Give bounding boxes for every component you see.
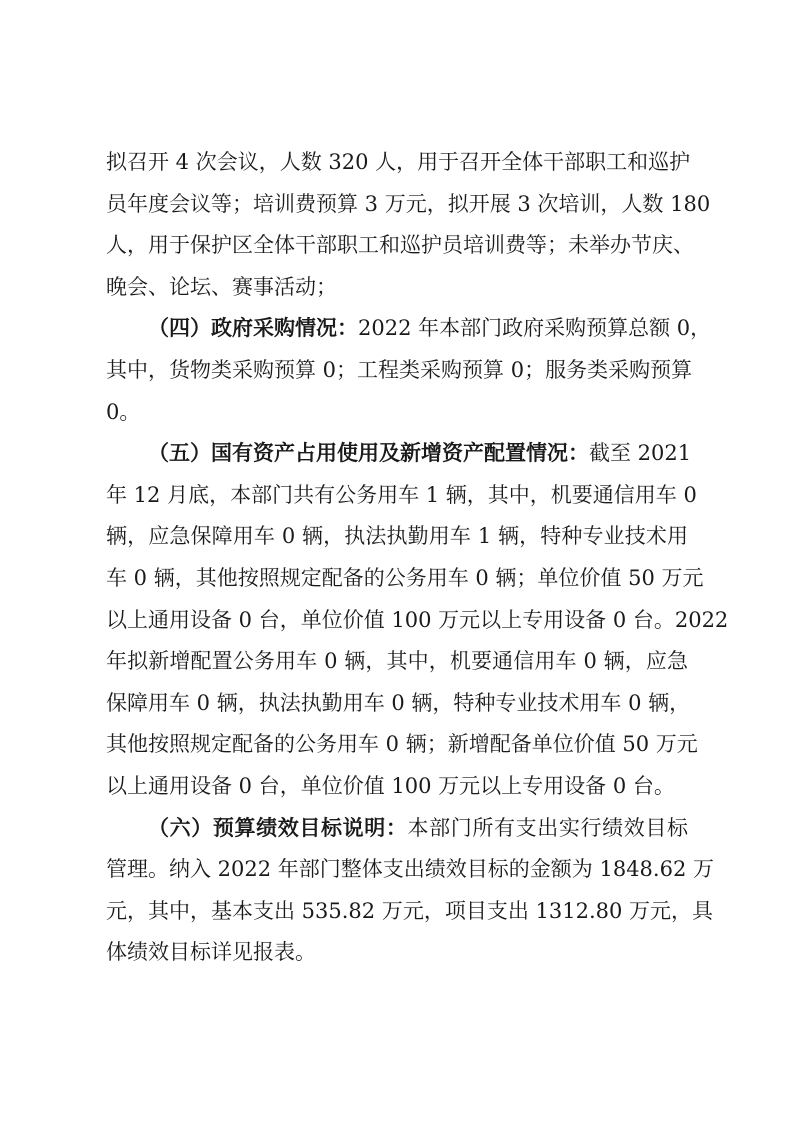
text-line: 车 0 辆，其他按照规定配备的公务用车 0 辆；单位价值 50 万元 (106, 558, 688, 600)
text-line: 元，其中，基本支出 535.82 万元，项目支出 1312.80 万元，具 (106, 891, 688, 933)
text-line: 年拟新增配置公务用车 0 辆，其中，机要通信用车 0 辆，应急 (106, 641, 688, 683)
text-line: （五）国有资产占用使用及新增资产配置情况：截至 2021 (148, 433, 688, 475)
text-line: 体绩效目标详见报表。 (106, 932, 316, 974)
text-line: 以上通用设备 0 台，单位价值 100 万元以上专用设备 0 台。2022 (106, 600, 688, 642)
text-line: 0。 (106, 392, 140, 434)
paragraph-gov-procurement: （四）政府采购情况：2022 年本部门政府采购预算总额 0， 其中，货物类采购预… (106, 308, 688, 433)
text-line: 其中，货物类采购预算 0；工程类采购预算 0；服务类采购预算 (106, 350, 688, 392)
text-line: 员年度会议等；培训费预算 3 万元，拟开展 3 次培训，人数 180 (106, 184, 688, 226)
heading-rest: 截至 2021 (589, 441, 691, 465)
heading-rest: 本部门所有支出实行绩效目标 (408, 816, 689, 840)
text-line: 拟召开 4 次会议，人数 320 人，用于召开全体干部职工和巡护 (106, 142, 688, 184)
text-line: 人，用于保护区全体干部职工和巡护员培训费等；未举办节庆、 (106, 225, 688, 267)
paragraph-performance-goals: （六）预算绩效目标说明：本部门所有支出实行绩效目标 管理。纳入 2022 年部门… (106, 808, 688, 974)
paragraph-meetings-training: 拟召开 4 次会议，人数 320 人，用于召开全体干部职工和巡护 员年度会议等；… (106, 142, 688, 308)
text-line: 辆，应急保障用车 0 辆，执法执勤用车 1 辆，特种专业技术用 (106, 516, 688, 558)
text-line: （四）政府采购情况：2022 年本部门政府采购预算总额 0， (148, 308, 688, 350)
text-line: 管理。纳入 2022 年部门整体支出绩效目标的金额为 1848.62 万 (106, 849, 688, 891)
text-line: 晚会、论坛、赛事活动； (106, 267, 337, 309)
section-heading: （五）国有资产占用使用及新增资产配置情况： (148, 441, 589, 465)
heading-rest: 2022 年本部门政府采购预算总额 0， (358, 316, 711, 340)
section-heading: （六）预算绩效目标说明： (148, 816, 408, 840)
paragraph-state-assets: （五）国有资产占用使用及新增资产配置情况：截至 2021 年 12 月底，本部门… (106, 433, 688, 807)
text-line: 保障用车 0 辆，执法执勤用车 0 辆，特种专业技术用车 0 辆， (106, 683, 688, 725)
section-heading: （四）政府采购情况： (148, 316, 358, 340)
document-page: 拟召开 4 次会议，人数 320 人，用于召开全体干部职工和巡护 员年度会议等；… (106, 142, 688, 974)
text-line: 以上通用设备 0 台，单位价值 100 万元以上专用设备 0 台。 (106, 766, 675, 808)
text-line: 年 12 月底，本部门共有公务用车 1 辆，其中，机要通信用车 0 (106, 475, 688, 517)
text-line: （六）预算绩效目标说明：本部门所有支出实行绩效目标 (148, 808, 688, 850)
text-line: 其他按照规定配备的公务用车 0 辆；新增配备单位价值 50 万元 (106, 724, 688, 766)
